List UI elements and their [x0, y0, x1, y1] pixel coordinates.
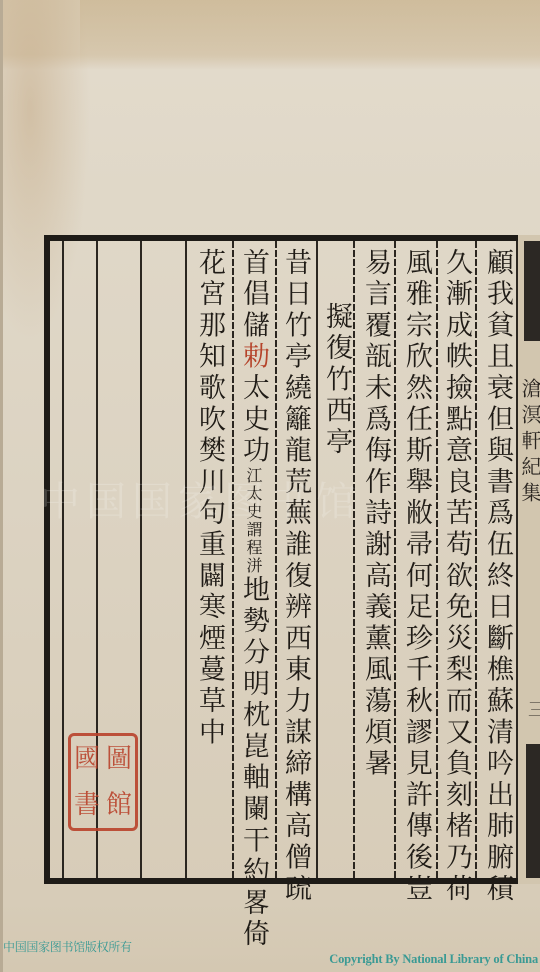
text-segment: 首倡儲 [238, 248, 269, 342]
water-stain [80, 0, 540, 70]
book-page: 顧我貧且衰但與書爲伍終日斷樵蘇清吟出肺腑積 久漸成帙撿點意良苦苟欲免災梨而又負刻… [0, 0, 540, 972]
text-column-2: 久漸成帙撿點意良苦苟欲免災梨而又負刻楮乃荷 [437, 248, 475, 905]
seal-char: 圖 [103, 736, 135, 782]
inner-border-line [62, 241, 64, 878]
text-column-6: 昔日竹亭繞籬龍荒蕪誰復辨西東力謀締構高僧疏 [276, 248, 314, 905]
column-rule [394, 241, 396, 878]
page-number: 三 [522, 700, 540, 718]
text-column-3: 風雅宗欣然任斯舉敝帚何足珍千秋謬見許傳後豈 [397, 248, 435, 905]
copyright-chinese: 中国国家图书馆版权所有 [3, 938, 132, 955]
seal-char: 國 [71, 736, 103, 782]
column-rule [475, 241, 477, 878]
text-segment: 太史功 [238, 373, 269, 467]
text-column-1: 顧我貧且衰但與書爲伍終日斷樵蘇清吟出肺腑積 [478, 248, 516, 905]
poem-title: 擬復竹西亭 [317, 302, 355, 459]
book-title: 滄溟軒紀集 [519, 378, 540, 508]
copyright-english: Copyright By National Library of China [329, 952, 538, 967]
text-column-7: 首倡儲勅太史功謂程洴江太史地勢分明枕崑軸闌干約畧倚 [234, 248, 272, 951]
seal-char: 館 [103, 782, 135, 828]
column-rule [140, 241, 142, 878]
page-edge [0, 0, 3, 972]
fishtail-bottom [526, 744, 540, 878]
seal-char: 書 [71, 782, 103, 828]
column-rule [185, 241, 187, 878]
library-seal: 國 圖 書 館 [68, 733, 138, 831]
fishtail-top [524, 241, 540, 341]
red-correction-char: 勅 [238, 342, 269, 373]
note-right: 謂程洴 [245, 521, 262, 575]
watermark: 中国国家图书馆 [40, 470, 362, 527]
text-segment: 地勢分明枕崑軸闌干約畧倚 [238, 575, 269, 951]
